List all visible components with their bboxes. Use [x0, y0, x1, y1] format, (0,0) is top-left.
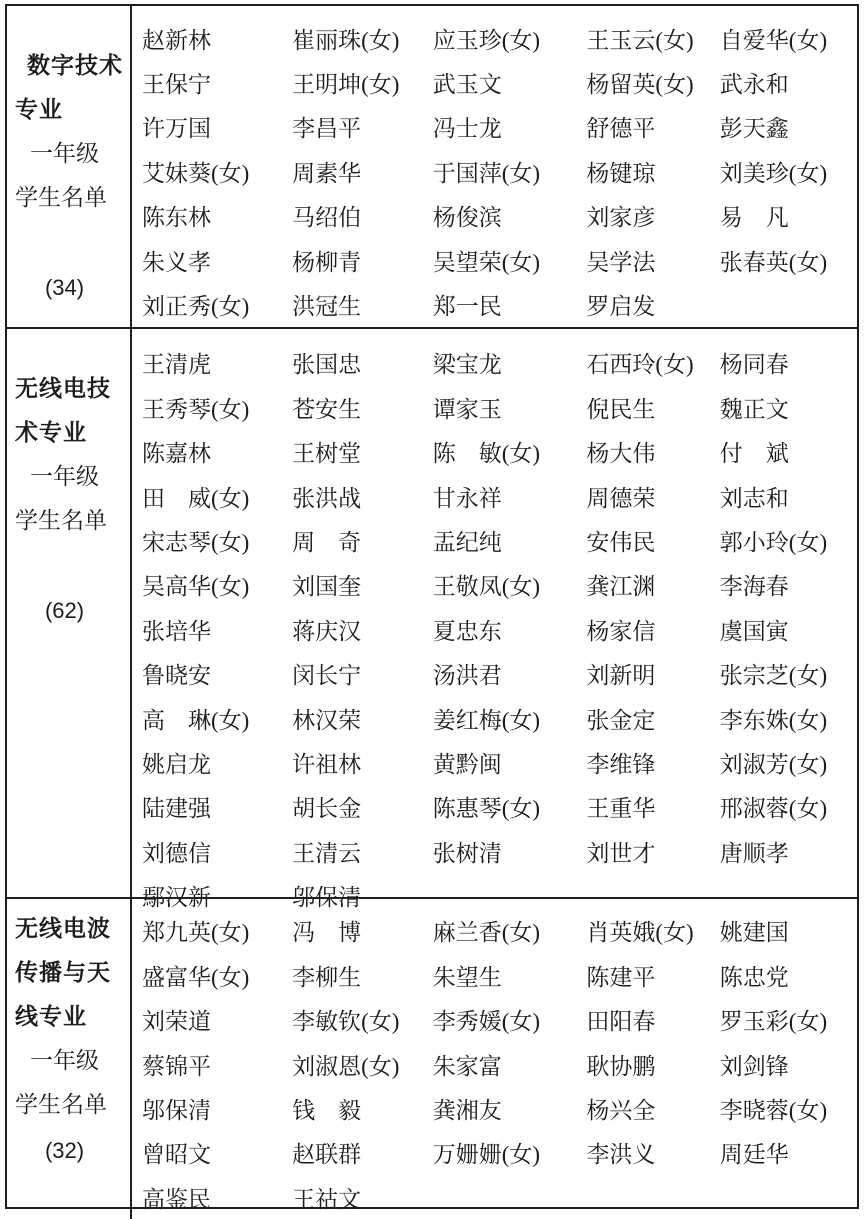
- student-name: 洪冠生: [282, 282, 423, 326]
- student-name: 易 凡: [710, 194, 857, 238]
- student-name: 杨俊滨: [423, 194, 577, 238]
- student-name: 王清云: [282, 829, 423, 873]
- student-name: 杨家信: [576, 607, 709, 651]
- student-name: 汤洪君: [423, 651, 577, 695]
- student-name: 张洪战: [282, 474, 423, 518]
- student-name: 武玉文: [423, 60, 577, 104]
- student-name: 马绍伯: [282, 194, 423, 238]
- student-name: 赵联群: [282, 1131, 423, 1175]
- grade-label: 一年级: [15, 132, 128, 176]
- student-name: 王秀琴(女): [132, 385, 282, 429]
- student-name: 许万国: [132, 105, 282, 149]
- student-name: 陈 敏(女): [423, 430, 577, 474]
- student-name: 刘世才: [576, 829, 709, 873]
- student-name: 李柳生: [282, 953, 423, 997]
- student-name: 罗启发: [576, 282, 709, 326]
- names-grid: 郑九英(女)冯 博麻兰香(女)肖英娥(女)姚建国盛富华(女)李柳生朱望生陈建平陈…: [132, 899, 857, 1219]
- student-name: 盛富华(女): [132, 953, 282, 997]
- student-name: 龚江渊: [576, 563, 709, 607]
- student-name: 李秀媛(女): [423, 998, 577, 1042]
- student-name: 周 奇: [282, 518, 423, 562]
- student-name: 朱义孝: [132, 238, 282, 282]
- section-digital-technology: 数字技术专业 一年级 学生名单 (34) 赵新林崔丽珠(女)应玉珍(女)王玉云(…: [7, 6, 857, 327]
- student-name: 肖英娥(女): [576, 909, 709, 953]
- student-name: 安伟民: [576, 518, 709, 562]
- student-name: 赵新林: [132, 16, 282, 60]
- student-name: 杨兴全: [576, 1086, 709, 1130]
- section-radio-technology: 无线电技术专业 一年级 学生名单 (62) 王清虎张国忠梁宝龙石西玲(女)杨同春…: [7, 327, 857, 897]
- student-name: 应玉珍(女): [423, 16, 577, 60]
- student-count: (34): [15, 266, 128, 310]
- student-name: 吴学法: [576, 238, 709, 282]
- names-grid: 王清虎张国忠梁宝龙石西玲(女)杨同春王秀琴(女)苍安生谭家玉倪民生魏正文陈嘉林王…: [132, 329, 857, 897]
- document-page: 数字技术专业 一年级 学生名单 (34) 赵新林崔丽珠(女)应玉珍(女)王玉云(…: [0, 0, 864, 1213]
- student-name: 刘德信: [132, 829, 282, 873]
- student-name: 许祖林: [282, 740, 423, 784]
- student-name: 杨键琼: [576, 149, 709, 193]
- student-name: 刘淑芳(女): [710, 740, 857, 784]
- student-name: 盂纪纯: [423, 518, 577, 562]
- student-name: 姚建国: [710, 909, 857, 953]
- student-name: 林汉荣: [282, 696, 423, 740]
- student-count: (32): [15, 1129, 128, 1173]
- student-name: 梁宝龙: [423, 341, 577, 385]
- student-roster-table: 数字技术专业 一年级 学生名单 (34) 赵新林崔丽珠(女)应玉珍(女)王玉云(…: [5, 4, 859, 1209]
- student-name: 艾妹葵(女): [132, 149, 282, 193]
- student-name: 谭家玉: [423, 385, 577, 429]
- student-name: 杨柳青: [282, 238, 423, 282]
- student-name: 刘淑恩(女): [282, 1042, 423, 1086]
- student-name: 姚启龙: [132, 740, 282, 784]
- student-name: 田 威(女): [132, 474, 282, 518]
- student-name: 高 琳(女): [132, 696, 282, 740]
- student-name: 唐顺孝: [710, 829, 857, 873]
- student-name: 周素华: [282, 149, 423, 193]
- student-name: 刘志和: [710, 474, 857, 518]
- student-name: 张树清: [423, 829, 577, 873]
- major-name: 数字技术专业: [15, 44, 128, 132]
- student-name: 李维锋: [576, 740, 709, 784]
- student-name: 宋志琴(女): [132, 518, 282, 562]
- student-name: 刘正秀(女): [132, 282, 282, 326]
- student-name: 王玉云(女): [576, 16, 709, 60]
- student-name: 王敬凤(女): [423, 563, 577, 607]
- student-name: 闵长宁: [282, 651, 423, 695]
- major-name: 无线电波传播与天线专业: [15, 907, 128, 1039]
- student-name: 王清虎: [132, 341, 282, 385]
- student-name: 陈东林: [132, 194, 282, 238]
- student-name: 郑九英(女): [132, 909, 282, 953]
- student-name: 杨留英(女): [576, 60, 709, 104]
- student-name: 刘荣道: [132, 998, 282, 1042]
- student-name: 王祜文: [282, 1175, 423, 1219]
- student-name: 陈惠琴(女): [423, 785, 577, 829]
- student-name: 郭小玲(女): [710, 518, 857, 562]
- grade-label: 一年级: [15, 455, 128, 499]
- student-name: 胡长金: [282, 785, 423, 829]
- student-name: 刘家彦: [576, 194, 709, 238]
- student-name: 田阳春: [576, 998, 709, 1042]
- student-name: 张春英(女): [710, 238, 857, 282]
- student-name: 周德荣: [576, 474, 709, 518]
- student-name: 邬保清: [132, 1086, 282, 1130]
- student-name: 陈忠党: [710, 953, 857, 997]
- student-name: 冯士龙: [423, 105, 577, 149]
- student-name: 高鉴民: [132, 1175, 282, 1219]
- student-name: 甘永祥: [423, 474, 577, 518]
- empty-cell: [423, 1175, 577, 1219]
- student-name: 崔丽珠(女): [282, 16, 423, 60]
- student-name: 石西玲(女): [576, 341, 709, 385]
- student-name: 龚湘友: [423, 1086, 577, 1130]
- student-name: 张国忠: [282, 341, 423, 385]
- student-name: 张宗芝(女): [710, 651, 857, 695]
- student-name: 耿协鹏: [576, 1042, 709, 1086]
- student-name: 钱 毅: [282, 1086, 423, 1130]
- student-name: 刘美珍(女): [710, 149, 857, 193]
- student-name: 麻兰香(女): [423, 909, 577, 953]
- list-label: 学生名单: [15, 176, 128, 220]
- student-name: 付 斌: [710, 430, 857, 474]
- student-name: 李晓蓉(女): [710, 1086, 857, 1130]
- empty-cell: [710, 282, 857, 326]
- grade-label: 一年级: [15, 1039, 128, 1083]
- student-name: 刘新明: [576, 651, 709, 695]
- student-name: 李海春: [710, 563, 857, 607]
- student-name: 冯 博: [282, 909, 423, 953]
- section-header: 无线电技术专业 一年级 学生名单 (62): [7, 329, 132, 897]
- student-name: 刘国奎: [282, 563, 423, 607]
- student-name: 苍安生: [282, 385, 423, 429]
- student-name: 倪民生: [576, 385, 709, 429]
- student-name: 夏忠东: [423, 607, 577, 651]
- student-name: 杨大伟: [576, 430, 709, 474]
- list-label: 学生名单: [15, 1083, 128, 1127]
- student-name: 吴望荣(女): [423, 238, 577, 282]
- section-header: 无线电波传播与天线专业 一年级 学生名单 (32): [7, 899, 132, 1219]
- student-name: 王树堂: [282, 430, 423, 474]
- student-name: 罗玉彩(女): [710, 998, 857, 1042]
- student-name: 朱望生: [423, 953, 577, 997]
- student-name: 魏正文: [710, 385, 857, 429]
- student-name: 武永和: [710, 60, 857, 104]
- student-name: 周廷华: [710, 1131, 857, 1175]
- student-name: 李敏钦(女): [282, 998, 423, 1042]
- student-name: 张金定: [576, 696, 709, 740]
- student-name: 万姗姗(女): [423, 1131, 577, 1175]
- student-name: 虞国寅: [710, 607, 857, 651]
- student-name: 陆建强: [132, 785, 282, 829]
- student-name: 自爱华(女): [710, 16, 857, 60]
- student-name: 黄黔闽: [423, 740, 577, 784]
- student-name: 陈建平: [576, 953, 709, 997]
- student-name: 彭天鑫: [710, 105, 857, 149]
- student-count: (62): [15, 589, 128, 633]
- student-name: 李洪义: [576, 1131, 709, 1175]
- student-name: 张培华: [132, 607, 282, 651]
- student-name: 舒德平: [576, 105, 709, 149]
- list-label: 学生名单: [15, 499, 128, 543]
- student-name: 朱家富: [423, 1042, 577, 1086]
- student-name: 刘剑锋: [710, 1042, 857, 1086]
- student-name: 姜红梅(女): [423, 696, 577, 740]
- student-name: 郑一民: [423, 282, 577, 326]
- student-name: 蒋庆汉: [282, 607, 423, 651]
- student-name: 李东姝(女): [710, 696, 857, 740]
- student-name: 曾昭文: [132, 1131, 282, 1175]
- names-grid: 赵新林崔丽珠(女)应玉珍(女)王玉云(女)自爱华(女)王保宁王明坤(女)武玉文杨…: [132, 6, 857, 327]
- student-name: 陈嘉林: [132, 430, 282, 474]
- student-name: 蔡锦平: [132, 1042, 282, 1086]
- empty-cell: [576, 1175, 709, 1219]
- student-name: 杨同春: [710, 341, 857, 385]
- student-name: 鲁晓安: [132, 651, 282, 695]
- student-name: 王保宁: [132, 60, 282, 104]
- section-radio-wave-propagation-antenna: 无线电波传播与天线专业 一年级 学生名单 (32) 郑九英(女)冯 博麻兰香(女…: [7, 897, 857, 1219]
- student-name: 李昌平: [282, 105, 423, 149]
- student-name: 王重华: [576, 785, 709, 829]
- section-header: 数字技术专业 一年级 学生名单 (34): [7, 6, 132, 327]
- student-name: 王明坤(女): [282, 60, 423, 104]
- major-name: 无线电技术专业: [15, 367, 128, 455]
- student-name: 吴高华(女): [132, 563, 282, 607]
- student-name: 于国萍(女): [423, 149, 577, 193]
- student-name: 邢淑蓉(女): [710, 785, 857, 829]
- empty-cell: [710, 1175, 857, 1219]
